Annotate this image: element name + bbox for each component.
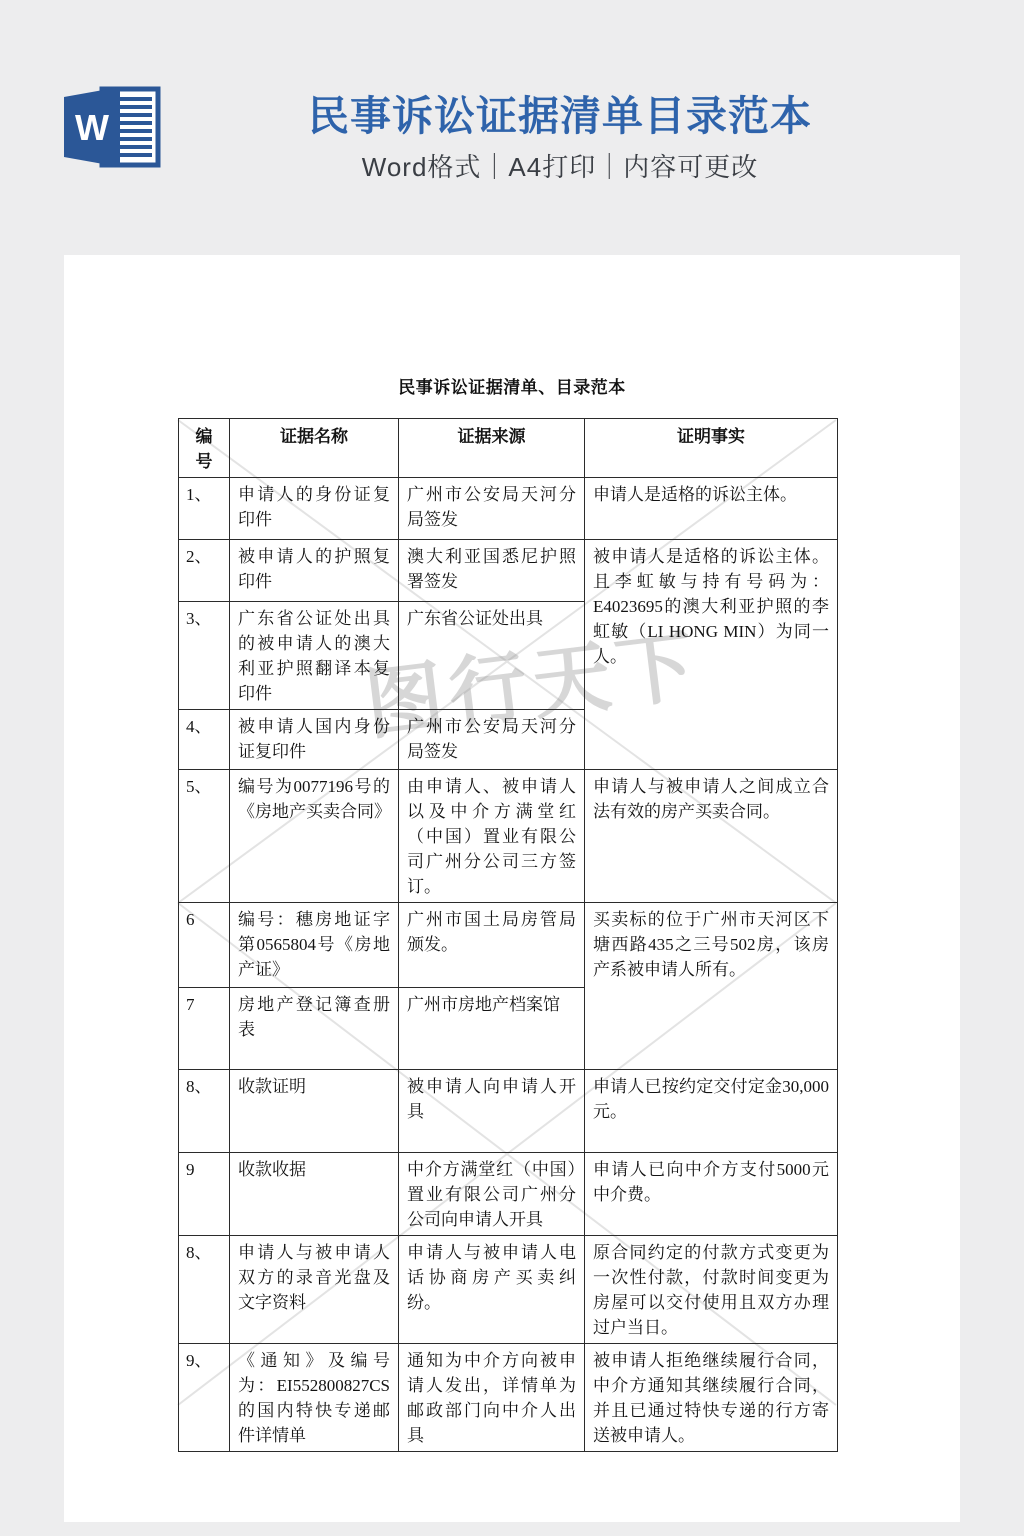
- proved-fact-cell: 买卖标的位于广州市天河区下塘西路435之三号502房，该房产系被申请人所有。: [585, 903, 838, 1070]
- row-number-cell: 8、: [179, 1070, 230, 1153]
- row-number-cell: 3、: [179, 602, 230, 710]
- table-row: 9收款收据中介方满堂红（中国）置业有限公司广州分公司向申请人开具申请人已向中介方…: [179, 1153, 838, 1236]
- table-row: 8、收款证明被申请人向申请人开具申请人已按约定交付定金30,000元。: [179, 1070, 838, 1153]
- row-number-cell: 2、: [179, 540, 230, 602]
- row-number-cell: 6: [179, 903, 230, 988]
- evidence-source-cell: 通知为中介方向被申请人发出，详情单为邮政部门向中介人出具: [399, 1344, 585, 1452]
- evidence-source-cell: 广州市公安局天河分局签发: [399, 710, 585, 770]
- evidence-source-cell: 广东省公证处出具: [399, 602, 585, 710]
- document-title: 民事诉讼证据清单、目录范本: [64, 373, 960, 398]
- evidence-source-cell: 澳大利亚国悉尼护照署签发: [399, 540, 585, 602]
- evidence-name-cell: 编号为0077196号的《房地产买卖合同》: [230, 770, 399, 903]
- proved-fact-cell: 申请人已向中介方支付5000元中介费。: [585, 1153, 838, 1236]
- banner: W 民事诉讼证据清单目录范本 Word格式｜A4打印｜内容可更改: [0, 0, 1024, 255]
- evidence-name-cell: 《通知》及编号为：EI552800827CS 的国内特快专递邮件详情单: [230, 1344, 399, 1452]
- table-header-row: 编号证据名称证据来源证明事实: [179, 419, 838, 478]
- evidence-source-cell: 广州市国土局房管局颁发。: [399, 903, 585, 988]
- row-number-cell: 9、: [179, 1344, 230, 1452]
- row-number-cell: 1、: [179, 478, 230, 540]
- evidence-source-cell: 广州市房地产档案馆: [399, 988, 585, 1070]
- evidence-name-cell: 收款证明: [230, 1070, 399, 1153]
- word-icon-graphic: W: [58, 84, 164, 170]
- evidence-source-cell: 中介方满堂红（中国）置业有限公司广州分公司向申请人开具: [399, 1153, 585, 1236]
- evidence-name-cell: 申请人的身份证复印件: [230, 478, 399, 540]
- evidence-name-cell: 房地产登记簿查册表: [230, 988, 399, 1070]
- table-row: 6编号：穗房地证字第0565804号《房地产证》广州市国土局房管局颁发。买卖标的…: [179, 903, 838, 988]
- word-icon: W: [58, 84, 164, 170]
- table-row: 8、申请人与被申请人双方的录音光盘及文字资料申请人与被申请人电话协商房产买卖纠纷…: [179, 1236, 838, 1344]
- proved-fact-cell: 申请人已按约定交付定金30,000元。: [585, 1070, 838, 1153]
- row-number-cell: 5、: [179, 770, 230, 903]
- evidence-name-cell: 编号：穗房地证字第0565804号《房地产证》: [230, 903, 399, 988]
- evidence-source-cell: 由申请人、被申请人以及中介方满堂红（中国）置业有限公司广州分公司三方签订。: [399, 770, 585, 903]
- document-page: 图行天下 民事诉讼证据清单、目录范本 编号证据名称证据来源证明事实 1、申请人的…: [64, 255, 960, 1522]
- evidence-source-cell: 广州市公安局天河分局签发: [399, 478, 585, 540]
- column-header: 证明事实: [585, 419, 838, 478]
- proved-fact-cell: 申请人与被申请人之间成立合法有效的房产买卖合同。: [585, 770, 838, 903]
- table-row: 9、《通知》及编号为：EI552800827CS 的国内特快专递邮件详情单通知为…: [179, 1344, 838, 1452]
- proved-fact-cell: 原合同约定的付款方式变更为一次性付款，付款时间变更为房屋可以交付使用且双方办理过…: [585, 1236, 838, 1344]
- evidence-source-cell: 申请人与被申请人电话协商房产买卖纠纷。: [399, 1236, 585, 1344]
- evidence-table: 编号证据名称证据来源证明事实 1、申请人的身份证复印件广州市公安局天河分局签发申…: [178, 418, 838, 1452]
- table-row: 2、被申请人的护照复印件澳大利亚国悉尼护照署签发被申请人是适格的诉讼主体。且李虹…: [179, 540, 838, 602]
- column-header: 编号: [179, 419, 230, 478]
- column-header: 证据名称: [230, 419, 399, 478]
- column-header: 证据来源: [399, 419, 585, 478]
- word-icon-letter: W: [75, 107, 109, 148]
- row-number-cell: 8、: [179, 1236, 230, 1344]
- table-row: 5、编号为0077196号的《房地产买卖合同》由申请人、被申请人以及中介方满堂红…: [179, 770, 838, 903]
- row-number-cell: 9: [179, 1153, 230, 1236]
- proved-fact-cell: 被申请人拒绝继续履行合同，中介方通知其继续履行合同，并且已通过特快专递的行方寄送…: [585, 1344, 838, 1452]
- screen: W 民事诉讼证据清单目录范本 Word格式｜A4打印｜内容可更改 图行天下 民事…: [0, 0, 1024, 1536]
- banner-title: 民事诉讼证据清单目录范本: [160, 92, 960, 140]
- row-number-cell: 7: [179, 988, 230, 1070]
- evidence-name-cell: 被申请人的护照复印件: [230, 540, 399, 602]
- table-body: 1、申请人的身份证复印件广州市公安局天河分局签发申请人是适格的诉讼主体。2、被申…: [179, 478, 838, 1452]
- proved-fact-cell: 申请人是适格的诉讼主体。: [585, 478, 838, 540]
- table-row: 1、申请人的身份证复印件广州市公安局天河分局签发申请人是适格的诉讼主体。: [179, 478, 838, 540]
- evidence-name-cell: 被申请人国内身份证复印件: [230, 710, 399, 770]
- evidence-name-cell: 收款收据: [230, 1153, 399, 1236]
- evidence-name-cell: 申请人与被申请人双方的录音光盘及文字资料: [230, 1236, 399, 1344]
- banner-subtitle: Word格式｜A4打印｜内容可更改: [160, 152, 960, 182]
- proved-fact-cell: 被申请人是适格的诉讼主体。且李虹敏与持有号码为：E4023695的澳大利亚护照的…: [585, 540, 838, 770]
- row-number-cell: 4、: [179, 710, 230, 770]
- evidence-name-cell: 广东省公证处出具的被申请人的澳大利亚护照翻译本复印件: [230, 602, 399, 710]
- evidence-source-cell: 被申请人向申请人开具: [399, 1070, 585, 1153]
